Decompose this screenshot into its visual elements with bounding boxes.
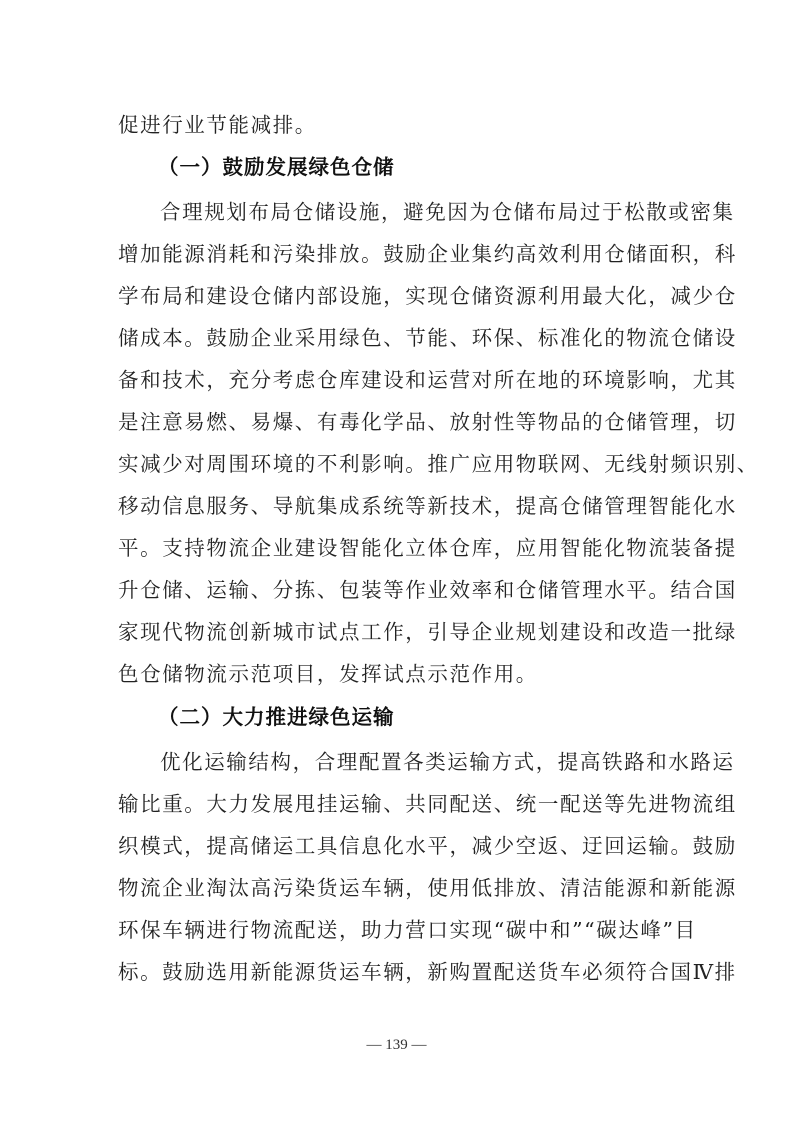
paragraph-line: 织模式，提高储运工具信息化水平，减少空返、迂回运输。鼓励 (118, 834, 674, 858)
paragraph-line: 输比重。大力发展甩挂运输、共同配送、统一配送等先进物流组 (118, 792, 674, 816)
paragraph-line: 标。鼓励选用新能源货运车辆，新购置配送货车必须符合国Ⅳ排 (118, 960, 674, 984)
paragraph-line: 实减少对周围环境的不利影响。推广应用物联网、无线射频识别、 (118, 452, 674, 476)
paragraph-line: 家现代物流创新城市试点工作，引导企业规划建设和改造一批绿 (118, 620, 674, 644)
paragraph-line: 储成本。鼓励企业采用绿色、节能、环保、标准化的物流仓储设 (118, 326, 674, 350)
page-number: — 139 — (0, 1037, 793, 1054)
paragraph-line: 是注意易燃、易爆、有毒化学品、放射性等物品的仓储管理，切 (118, 410, 674, 434)
document-page: 促进行业节能减排。 （一）鼓励发展绿色仓储 合理规划布局仓储设施，避免因为仓储布… (0, 0, 793, 1122)
paragraph-line: 平。支持物流企业建设智能化立体仓库，应用智能化物流装备提 (118, 536, 674, 560)
paragraph-line: 优化运输结构，合理配置各类运输方式，提高铁路和水路运 (160, 750, 674, 774)
paragraph-line: 移动信息服务、导航集成系统等新技术，提高仓储管理智能化水 (118, 494, 674, 518)
paragraph-line: 物流企业淘汰高污染货运车辆，使用低排放、清洁能源和新能源 (118, 876, 674, 900)
paragraph-line: 升仓储、运输、分拣、包装等作业效率和仓储管理水平。结合国 (118, 578, 674, 602)
section-heading-green-warehousing: （一）鼓励发展绿色仓储 (158, 155, 395, 179)
paragraph-line: 备和技术，充分考虑仓库建设和运营对所在地的环境影响，尤其 (118, 368, 674, 392)
paragraph-line: 合理规划布局仓储设施，避免因为仓储布局过于松散或密集 (160, 200, 674, 224)
section-heading-green-transport: （二）大力推进绿色运输 (158, 705, 395, 729)
paragraph-line: 环保车辆进行物流配送，助力营口实现“碳中和”“碳达峰”目 (118, 918, 674, 942)
paragraph-line: 增加能源消耗和污染排放。鼓励企业集约高效利用仓储面积，科 (118, 242, 674, 266)
paragraph-line: 色仓储物流示范项目，发挥试点示范作用。 (118, 662, 674, 686)
paragraph-line: 促进行业节能减排。 (118, 113, 674, 137)
paragraph-line: 学布局和建设仓储内部设施，实现仓储资源利用最大化，减少仓 (118, 284, 674, 308)
